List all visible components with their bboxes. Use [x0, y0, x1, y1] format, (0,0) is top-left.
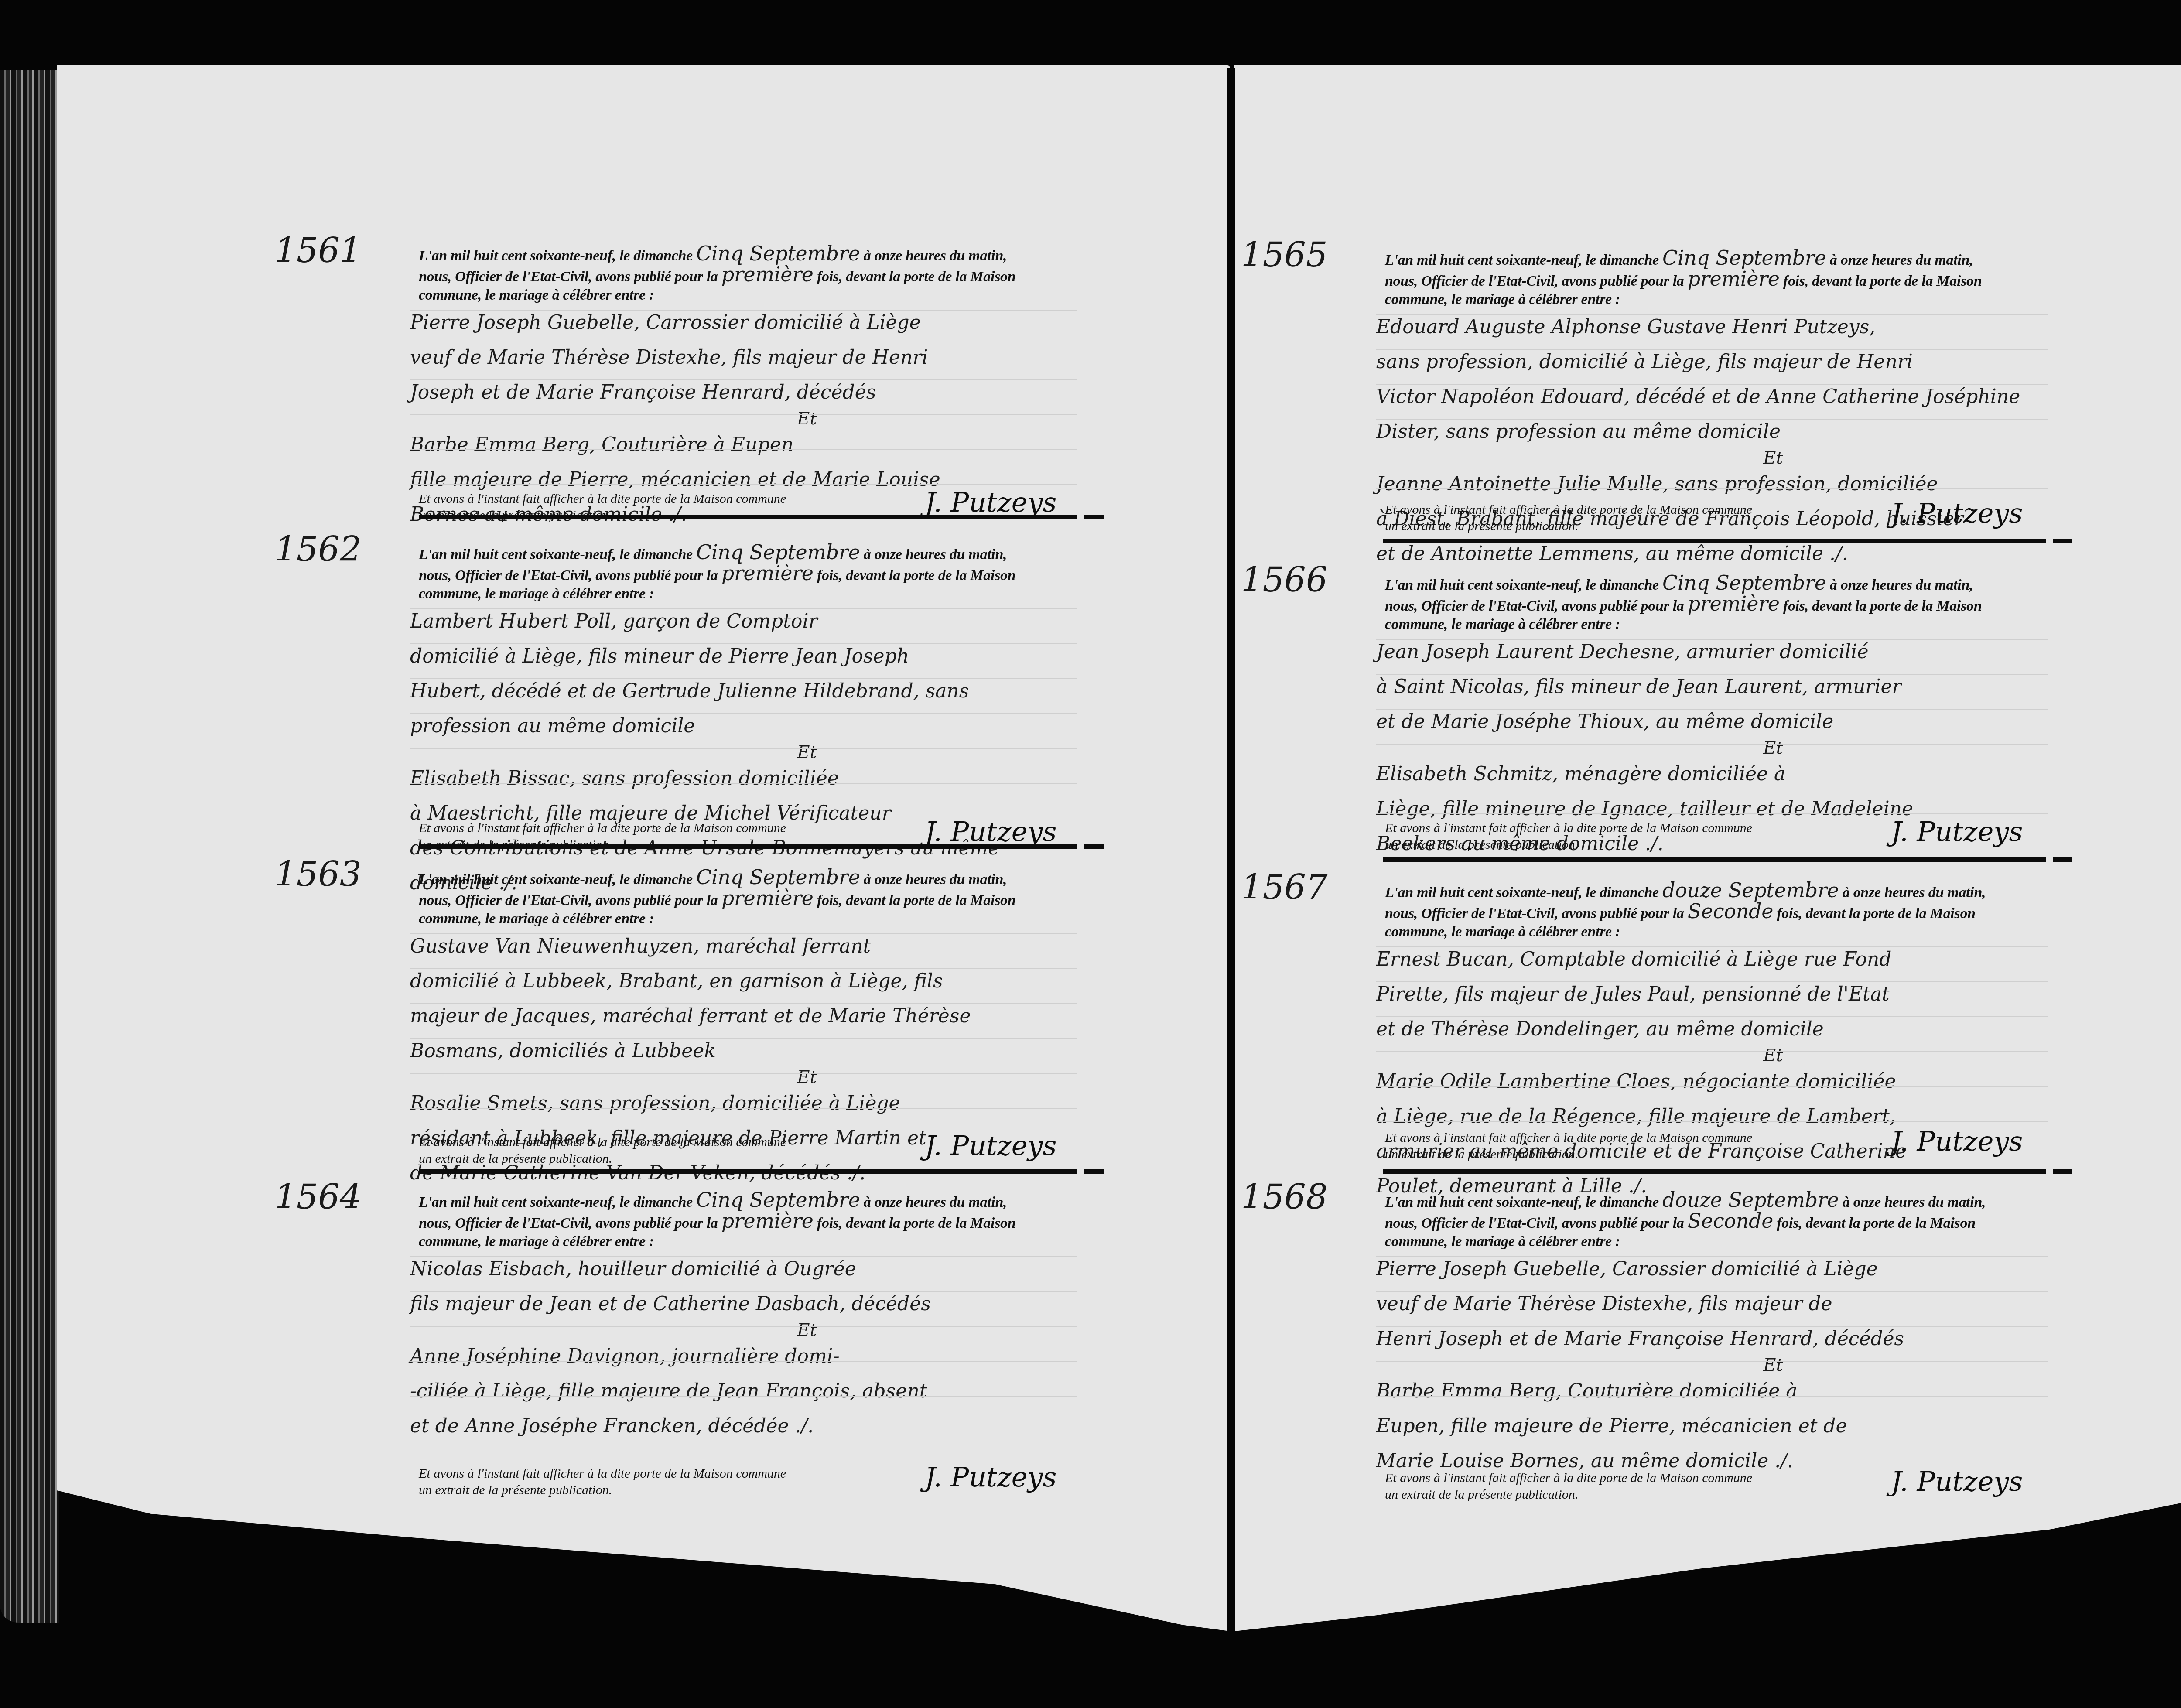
- ruled-guide-line: [410, 748, 1077, 749]
- bride-line: Elisabeth Bissac, sans profession domici…: [410, 761, 1108, 796]
- form-text: fois, devant la porte de la Maison: [1783, 598, 1982, 614]
- bride-line: Barbe Emma Berg, Couturière domiciliée à: [1376, 1374, 2074, 1409]
- form-text: nous, Officier de l'Etat-Civil, avons pu…: [1385, 905, 1684, 922]
- ruled-guide-line: [410, 608, 1077, 609]
- groom-line: Hubert, décédé et de Gertrude Julienne H…: [410, 674, 1108, 709]
- conjunction-et: Et: [1376, 739, 2074, 757]
- bride-line: Barbe Emma Berg, Couturière à Eupen: [410, 427, 1108, 462]
- officer-signature: J. Putzeys: [925, 1461, 1056, 1493]
- entry-number: 1568: [1241, 1178, 1328, 1217]
- footer-line-2: un extrait de la présente publication.: [1385, 1146, 1873, 1163]
- ruled-guide-line: [1376, 639, 2048, 640]
- footer-line-2: un extrait de la présente publication.: [1385, 518, 1873, 535]
- entry-separator-rule: [419, 515, 1077, 519]
- handwritten-date: Cinq Septembre: [696, 540, 860, 564]
- footer-line-1: Et avons à l'instant fait afficher à la …: [1385, 1470, 1873, 1486]
- form-text: L'an mil huit cent soixante-neuf, le dim…: [419, 1194, 693, 1210]
- handwritten-publication-order: première: [1688, 267, 1780, 290]
- bride-line: Jeanne Antoinette Julie Mulle, sans prof…: [1376, 467, 2074, 502]
- ruled-guide-line: [410, 1108, 1077, 1109]
- entry-number: 1566: [1241, 560, 1328, 600]
- ruled-guide-line: [1376, 1431, 2048, 1431]
- form-text: fois, devant la porte de la Maison: [817, 567, 1015, 584]
- ruled-guide-line: [410, 1038, 1077, 1039]
- form-text: L'an mil huit cent soixante-neuf, le dim…: [1385, 577, 1659, 593]
- ruled-guide-line: [1376, 779, 2048, 779]
- form-text: L'an mil huit cent soixante-neuf, le dim…: [1385, 252, 1659, 268]
- footer-line-2: un extrait de la présente publication.: [1385, 1486, 1873, 1503]
- form-line-2: nous, Officier de l'Etat-Civil, avons pu…: [419, 889, 1082, 910]
- conjunction-et: Et: [1376, 1356, 2074, 1374]
- form-line-1: L'an mil huit cent soixante-neuf, le dim…: [1385, 881, 2048, 902]
- form-line-2: nous, Officier de l'Etat-Civil, avons pu…: [1385, 594, 2048, 615]
- ruled-guide-line: [1376, 1326, 2048, 1327]
- handwritten-publication-order: Seconde: [1688, 899, 1773, 923]
- form-line-2: nous, Officier de l'Etat-Civil, avons pu…: [1385, 1212, 2048, 1233]
- handwritten-date: douze Septembre: [1662, 1188, 1839, 1212]
- footer-line-1: Et avons à l'instant fait afficher à la …: [419, 1465, 907, 1482]
- handwritten-date: Cinq Septembre: [696, 1188, 860, 1212]
- printed-form-header: L'an mil huit cent soixante-neuf, le dim…: [1385, 574, 2048, 634]
- printed-form-header: L'an mil huit cent soixante-neuf, le dim…: [419, 244, 1082, 304]
- entry-separator-rule: [1383, 1169, 2046, 1174]
- form-line-3: commune, le mariage à célébrer entre :: [419, 585, 1082, 603]
- ruled-guide-line: [410, 379, 1077, 380]
- ruled-guide-line: [410, 310, 1077, 311]
- groom-line: Edouard Auguste Alphonse Gustave Henri P…: [1376, 310, 2074, 345]
- conjunction-et: Et: [1376, 449, 2074, 467]
- ruled-guide-line: [410, 713, 1077, 714]
- groom-line: Nicolas Eisbach, houilleur domicilié à O…: [410, 1252, 1108, 1287]
- conjunction-et: Et: [1376, 1047, 2074, 1064]
- form-text: L'an mil huit cent soixante-neuf, le dim…: [1385, 1194, 1659, 1210]
- entry-number: 1564: [275, 1178, 362, 1217]
- bride-line: Elisabeth Schmitz, ménagère domiciliée à: [1376, 757, 2074, 792]
- ruled-guide-line: [1376, 454, 2048, 454]
- bride-line: -ciliée à Liège, fille majeure de Jean F…: [410, 1374, 1108, 1409]
- form-text: à onze heures du matin,: [864, 547, 1007, 563]
- groom-line: et de Thérèse Dondelinger, au même domic…: [1376, 1012, 2074, 1047]
- handwritten-publication-order: première: [721, 886, 814, 910]
- groom-line: majeur de Jacques, maréchal ferrant et d…: [410, 999, 1108, 1034]
- form-text: L'an mil huit cent soixante-neuf, le dim…: [1385, 885, 1659, 901]
- ruled-guide-line: [1376, 1291, 2048, 1292]
- bride-line: Rosalie Smets, sans profession, domicili…: [410, 1086, 1108, 1121]
- entry-separator-rule: [419, 1169, 1077, 1174]
- ruled-guide-line: [1376, 349, 2048, 350]
- handwritten-date: douze Septembre: [1662, 878, 1839, 902]
- form-text: nous, Officier de l'Etat-Civil, avons pu…: [1385, 598, 1684, 614]
- ruled-guide-line: [1376, 813, 2048, 814]
- handwritten-date: Cinq Septembre: [696, 865, 860, 889]
- ruled-guide-line: [1376, 1396, 2048, 1397]
- groom-line: Jean Joseph Laurent Dechesne, armurier d…: [1376, 635, 2074, 670]
- form-line-1: L'an mil huit cent soixante-neuf, le dim…: [1385, 249, 2048, 270]
- footer-line-1: Et avons à l'instant fait afficher à la …: [1385, 820, 1873, 837]
- conjunction-et: Et: [410, 410, 1108, 427]
- handwritten-body: Lambert Hubert Poll, garçon de Comptoird…: [410, 604, 1108, 901]
- form-line-1: L'an mil huit cent soixante-neuf, le dim…: [1385, 1191, 2048, 1212]
- groom-line: Victor Napoléon Edouard, décédé et de An…: [1376, 379, 2074, 414]
- handwritten-body: Nicolas Eisbach, houilleur domicilié à O…: [410, 1252, 1108, 1444]
- ruled-guide-line: [1376, 981, 2048, 982]
- entry-number: 1563: [275, 855, 362, 894]
- bride-line: et de Anne Joséphe Francken, décédée ./.: [410, 1409, 1108, 1444]
- ruled-guide-line: [410, 484, 1077, 485]
- ruled-guide-line: [1376, 744, 2048, 745]
- form-text: fois, devant la porte de la Maison: [1777, 905, 1975, 922]
- printed-form-header: L'an mil huit cent soixante-neuf, le dim…: [419, 868, 1082, 928]
- groom-line: à Saint Nicolas, fils mineur de Jean Lau…: [1376, 670, 2074, 704]
- form-line-3: commune, le mariage à célébrer entre :: [1385, 290, 2048, 309]
- groom-line: Lambert Hubert Poll, garçon de Comptoir: [410, 604, 1108, 639]
- ruled-guide-line: [1376, 384, 2048, 385]
- form-text: à onze heures du matin,: [1830, 577, 1973, 593]
- footer-text: Et avons à l'instant fait afficher à la …: [1385, 1470, 1873, 1503]
- entry-number: 1565: [1241, 236, 1328, 275]
- officer-signature: J. Putzeys: [925, 486, 1056, 518]
- groom-line: Joseph et de Marie Françoise Henrard, dé…: [410, 375, 1108, 410]
- ruled-guide-line: [1376, 1051, 2048, 1052]
- ruled-guide-line: [410, 783, 1077, 784]
- printed-form-header: L'an mil huit cent soixante-neuf, le dim…: [1385, 1191, 2048, 1251]
- form-line-3: commune, le mariage à célébrer entre :: [419, 910, 1082, 928]
- form-text: nous, Officier de l'Etat-Civil, avons pu…: [1385, 273, 1684, 289]
- handwritten-publication-order: Seconde: [1688, 1209, 1773, 1233]
- handwritten-date: Cinq Septembre: [1662, 571, 1826, 594]
- officer-signature: J. Putzeys: [1891, 1465, 2023, 1497]
- groom-line: Bosmans, domiciliés à Lubbeek: [410, 1034, 1108, 1069]
- footer-line-2: un extrait de la présente publication.: [419, 1151, 907, 1167]
- ruled-guide-line: [410, 678, 1077, 679]
- entry-number: 1561: [275, 231, 362, 270]
- footer-line-1: Et avons à l'instant fait afficher à la …: [419, 820, 907, 837]
- ruled-guide-line: [410, 414, 1077, 415]
- handwritten-publication-order: première: [721, 561, 814, 585]
- form-line-2: nous, Officier de l'Etat-Civil, avons pu…: [1385, 270, 2048, 290]
- form-text: fois, devant la porte de la Maison: [1777, 1215, 1975, 1231]
- form-text: fois, devant la porte de la Maison: [1783, 273, 1982, 289]
- groom-line: Dister, sans profession au même domicile: [1376, 414, 2074, 449]
- handwritten-date: Cinq Septembre: [696, 242, 860, 265]
- groom-line: veuf de Marie Thérèse Distexhe, fils maj…: [410, 340, 1108, 375]
- footer-text: Et avons à l'instant fait afficher à la …: [1385, 502, 1873, 535]
- conjunction-et: Et: [410, 1322, 1108, 1339]
- form-line-1: L'an mil huit cent soixante-neuf, le dim…: [419, 543, 1082, 564]
- ruled-guide-line: [1376, 1361, 2048, 1362]
- form-text: nous, Officier de l'Etat-Civil, avons pu…: [419, 567, 718, 584]
- entry-separator-rule: [419, 844, 1077, 849]
- handwritten-publication-order: première: [721, 263, 814, 286]
- ruled-guide-line: [410, 1256, 1077, 1257]
- ruled-guide-line: [410, 1003, 1077, 1004]
- form-text: nous, Officier de l'Etat-Civil, avons pu…: [419, 1215, 718, 1231]
- ruled-guide-line: [1376, 674, 2048, 675]
- ruled-guide-line: [410, 1431, 1077, 1431]
- groom-line: profession au même domicile: [410, 709, 1108, 744]
- form-line-2: nous, Officier de l'Etat-Civil, avons pu…: [419, 1212, 1082, 1233]
- form-line-1: L'an mil huit cent soixante-neuf, le dim…: [419, 868, 1082, 889]
- ruled-guide-line: [1376, 419, 2048, 420]
- form-line-3: commune, le mariage à célébrer entre :: [1385, 1233, 2048, 1251]
- officer-signature: J. Putzeys: [1891, 816, 2023, 847]
- groom-line: sans profession, domicilié à Liège, fils…: [1376, 345, 2074, 379]
- form-text: à onze heures du matin,: [1843, 885, 1986, 901]
- printed-form-header: L'an mil huit cent soixante-neuf, le dim…: [419, 1191, 1082, 1251]
- ruled-guide-line: [410, 1326, 1077, 1327]
- form-text: nous, Officier de l'Etat-Civil, avons pu…: [419, 269, 718, 285]
- form-line-3: commune, le mariage à célébrer entre :: [419, 286, 1082, 304]
- footer-text: Et avons à l'instant fait afficher à la …: [1385, 1130, 1873, 1163]
- footer-text: Et avons à l'instant fait afficher à la …: [419, 1134, 907, 1167]
- groom-line: Ernest Bucan, Comptable domicilié à Lièg…: [1376, 942, 2074, 977]
- ruled-guide-line: [1376, 1256, 2048, 1257]
- footer-text: Et avons à l'instant fait afficher à la …: [1385, 820, 1873, 853]
- footer-line-1: Et avons à l'instant fait afficher à la …: [1385, 502, 1873, 518]
- ruled-guide-line: [1376, 314, 2048, 315]
- form-text: à onze heures du matin,: [864, 1194, 1007, 1210]
- groom-line: Pierre Joseph Guebelle, Carossier domici…: [1376, 1252, 2074, 1287]
- ruled-guide-line: [1376, 1121, 2048, 1122]
- form-line-1: L'an mil huit cent soixante-neuf, le dim…: [419, 1191, 1082, 1212]
- groom-line: fils majeur de Jean et de Catherine Dasb…: [410, 1287, 1108, 1322]
- footer-text: Et avons à l'instant fait afficher à la …: [419, 1465, 907, 1499]
- ruled-guide-line: [410, 933, 1077, 934]
- footer-line-2: un extrait de la présente publication.: [1385, 837, 1873, 853]
- officer-signature: J. Putzeys: [1891, 497, 2023, 529]
- groom-line: domicilié à Liège, fils mineur de Pierre…: [410, 639, 1108, 674]
- ruled-guide-line: [410, 1073, 1077, 1074]
- handwritten-publication-order: première: [721, 1209, 814, 1233]
- form-line-3: commune, le mariage à célébrer entre :: [419, 1233, 1082, 1251]
- ruled-guide-line: [1376, 1016, 2048, 1017]
- ruled-guide-line: [1376, 946, 2048, 947]
- form-text: fois, devant la porte de la Maison: [817, 892, 1015, 909]
- form-line-2: nous, Officier de l'Etat-Civil, avons pu…: [1385, 902, 2048, 923]
- form-line-2: nous, Officier de l'Etat-Civil, avons pu…: [419, 265, 1082, 286]
- ruled-guide-line: [410, 1291, 1077, 1292]
- footer-line-1: Et avons à l'instant fait afficher à la …: [1385, 1130, 1873, 1146]
- groom-line: et de Marie Joséphe Thioux, au même domi…: [1376, 704, 2074, 739]
- printed-form-header: L'an mil huit cent soixante-neuf, le dim…: [1385, 249, 2048, 309]
- bride-line: Anne Joséphine Davignon, journalière dom…: [410, 1339, 1108, 1374]
- ruled-guide-line: [1376, 709, 2048, 710]
- handwritten-publication-order: première: [1688, 592, 1780, 615]
- conjunction-et: Et: [410, 744, 1108, 761]
- ruled-guide-line: [410, 1361, 1077, 1362]
- form-text: à onze heures du matin,: [1830, 252, 1973, 268]
- form-text: L'an mil huit cent soixante-neuf, le dim…: [419, 248, 693, 264]
- bride-line: Eupen, fille majeure de Pierre, mécanici…: [1376, 1409, 2074, 1444]
- ruled-guide-line: [1376, 488, 2048, 489]
- footer-line-2: un extrait de la présente publication.: [419, 1482, 907, 1499]
- officer-signature: J. Putzeys: [925, 1130, 1056, 1161]
- book-gutter: [1227, 68, 1235, 1642]
- printed-form-header: L'an mil huit cent soixante-neuf, le dim…: [419, 543, 1082, 603]
- groom-line: veuf de Marie Thérèse Distexhe, fils maj…: [1376, 1287, 2074, 1322]
- entry-separator-rule: [1383, 539, 2046, 543]
- groom-line: Pierre Joseph Guebelle, Carrossier domic…: [410, 305, 1108, 340]
- form-text: L'an mil huit cent soixante-neuf, le dim…: [419, 871, 693, 888]
- officer-signature: J. Putzeys: [925, 816, 1056, 847]
- groom-line: Pirette, fils majeur de Jules Paul, pens…: [1376, 977, 2074, 1012]
- handwritten-date: Cinq Septembre: [1662, 246, 1826, 270]
- form-text: fois, devant la porte de la Maison: [817, 269, 1015, 285]
- handwritten-body: Pierre Joseph Guebelle, Carossier domici…: [1376, 1252, 2074, 1479]
- form-line-1: L'an mil huit cent soixante-neuf, le dim…: [1385, 574, 2048, 594]
- officer-signature: J. Putzeys: [1891, 1125, 2023, 1157]
- footer-line-1: Et avons à l'instant fait afficher à la …: [419, 1134, 907, 1151]
- entry-number: 1567: [1241, 868, 1328, 907]
- ruled-guide-line: [410, 643, 1077, 644]
- form-line-3: commune, le mariage à célébrer entre :: [1385, 615, 2048, 634]
- form-line-1: L'an mil huit cent soixante-neuf, le dim…: [419, 244, 1082, 265]
- ruled-guide-line: [1376, 1086, 2048, 1087]
- ruled-guide-line: [410, 968, 1077, 969]
- form-text: à onze heures du matin,: [864, 871, 1007, 888]
- ruled-guide-line: [410, 1396, 1077, 1397]
- book-page-edges-left: [0, 70, 59, 1623]
- bride-line: Marie Odile Lambertine Cloes, négociante…: [1376, 1064, 2074, 1099]
- form-line-3: commune, le mariage à célébrer entre :: [1385, 923, 2048, 941]
- groom-line: Gustave Van Nieuwenhuyzen, maréchal ferr…: [410, 929, 1108, 964]
- form-text: à onze heures du matin,: [864, 248, 1007, 264]
- conjunction-et: Et: [410, 1069, 1108, 1086]
- form-text: nous, Officier de l'Etat-Civil, avons pu…: [419, 892, 718, 909]
- form-text: fois, devant la porte de la Maison: [817, 1215, 1015, 1231]
- footer-line-1: Et avons à l'instant fait afficher à la …: [419, 491, 907, 507]
- entry-number: 1562: [275, 530, 362, 569]
- groom-line: domicilié à Lubbeek, Brabant, en garniso…: [410, 964, 1108, 999]
- printed-form-header: L'an mil huit cent soixante-neuf, le dim…: [1385, 881, 2048, 941]
- entry-separator-rule: [1383, 857, 2046, 862]
- ruled-guide-line: [410, 449, 1077, 450]
- groom-line: Henri Joseph et de Marie Françoise Henra…: [1376, 1322, 2074, 1356]
- ruled-guide-line: [410, 345, 1077, 345]
- form-text: L'an mil huit cent soixante-neuf, le dim…: [419, 547, 693, 563]
- form-text: à onze heures du matin,: [1843, 1194, 1986, 1210]
- form-line-2: nous, Officier de l'Etat-Civil, avons pu…: [419, 564, 1082, 585]
- form-text: nous, Officier de l'Etat-Civil, avons pu…: [1385, 1215, 1684, 1231]
